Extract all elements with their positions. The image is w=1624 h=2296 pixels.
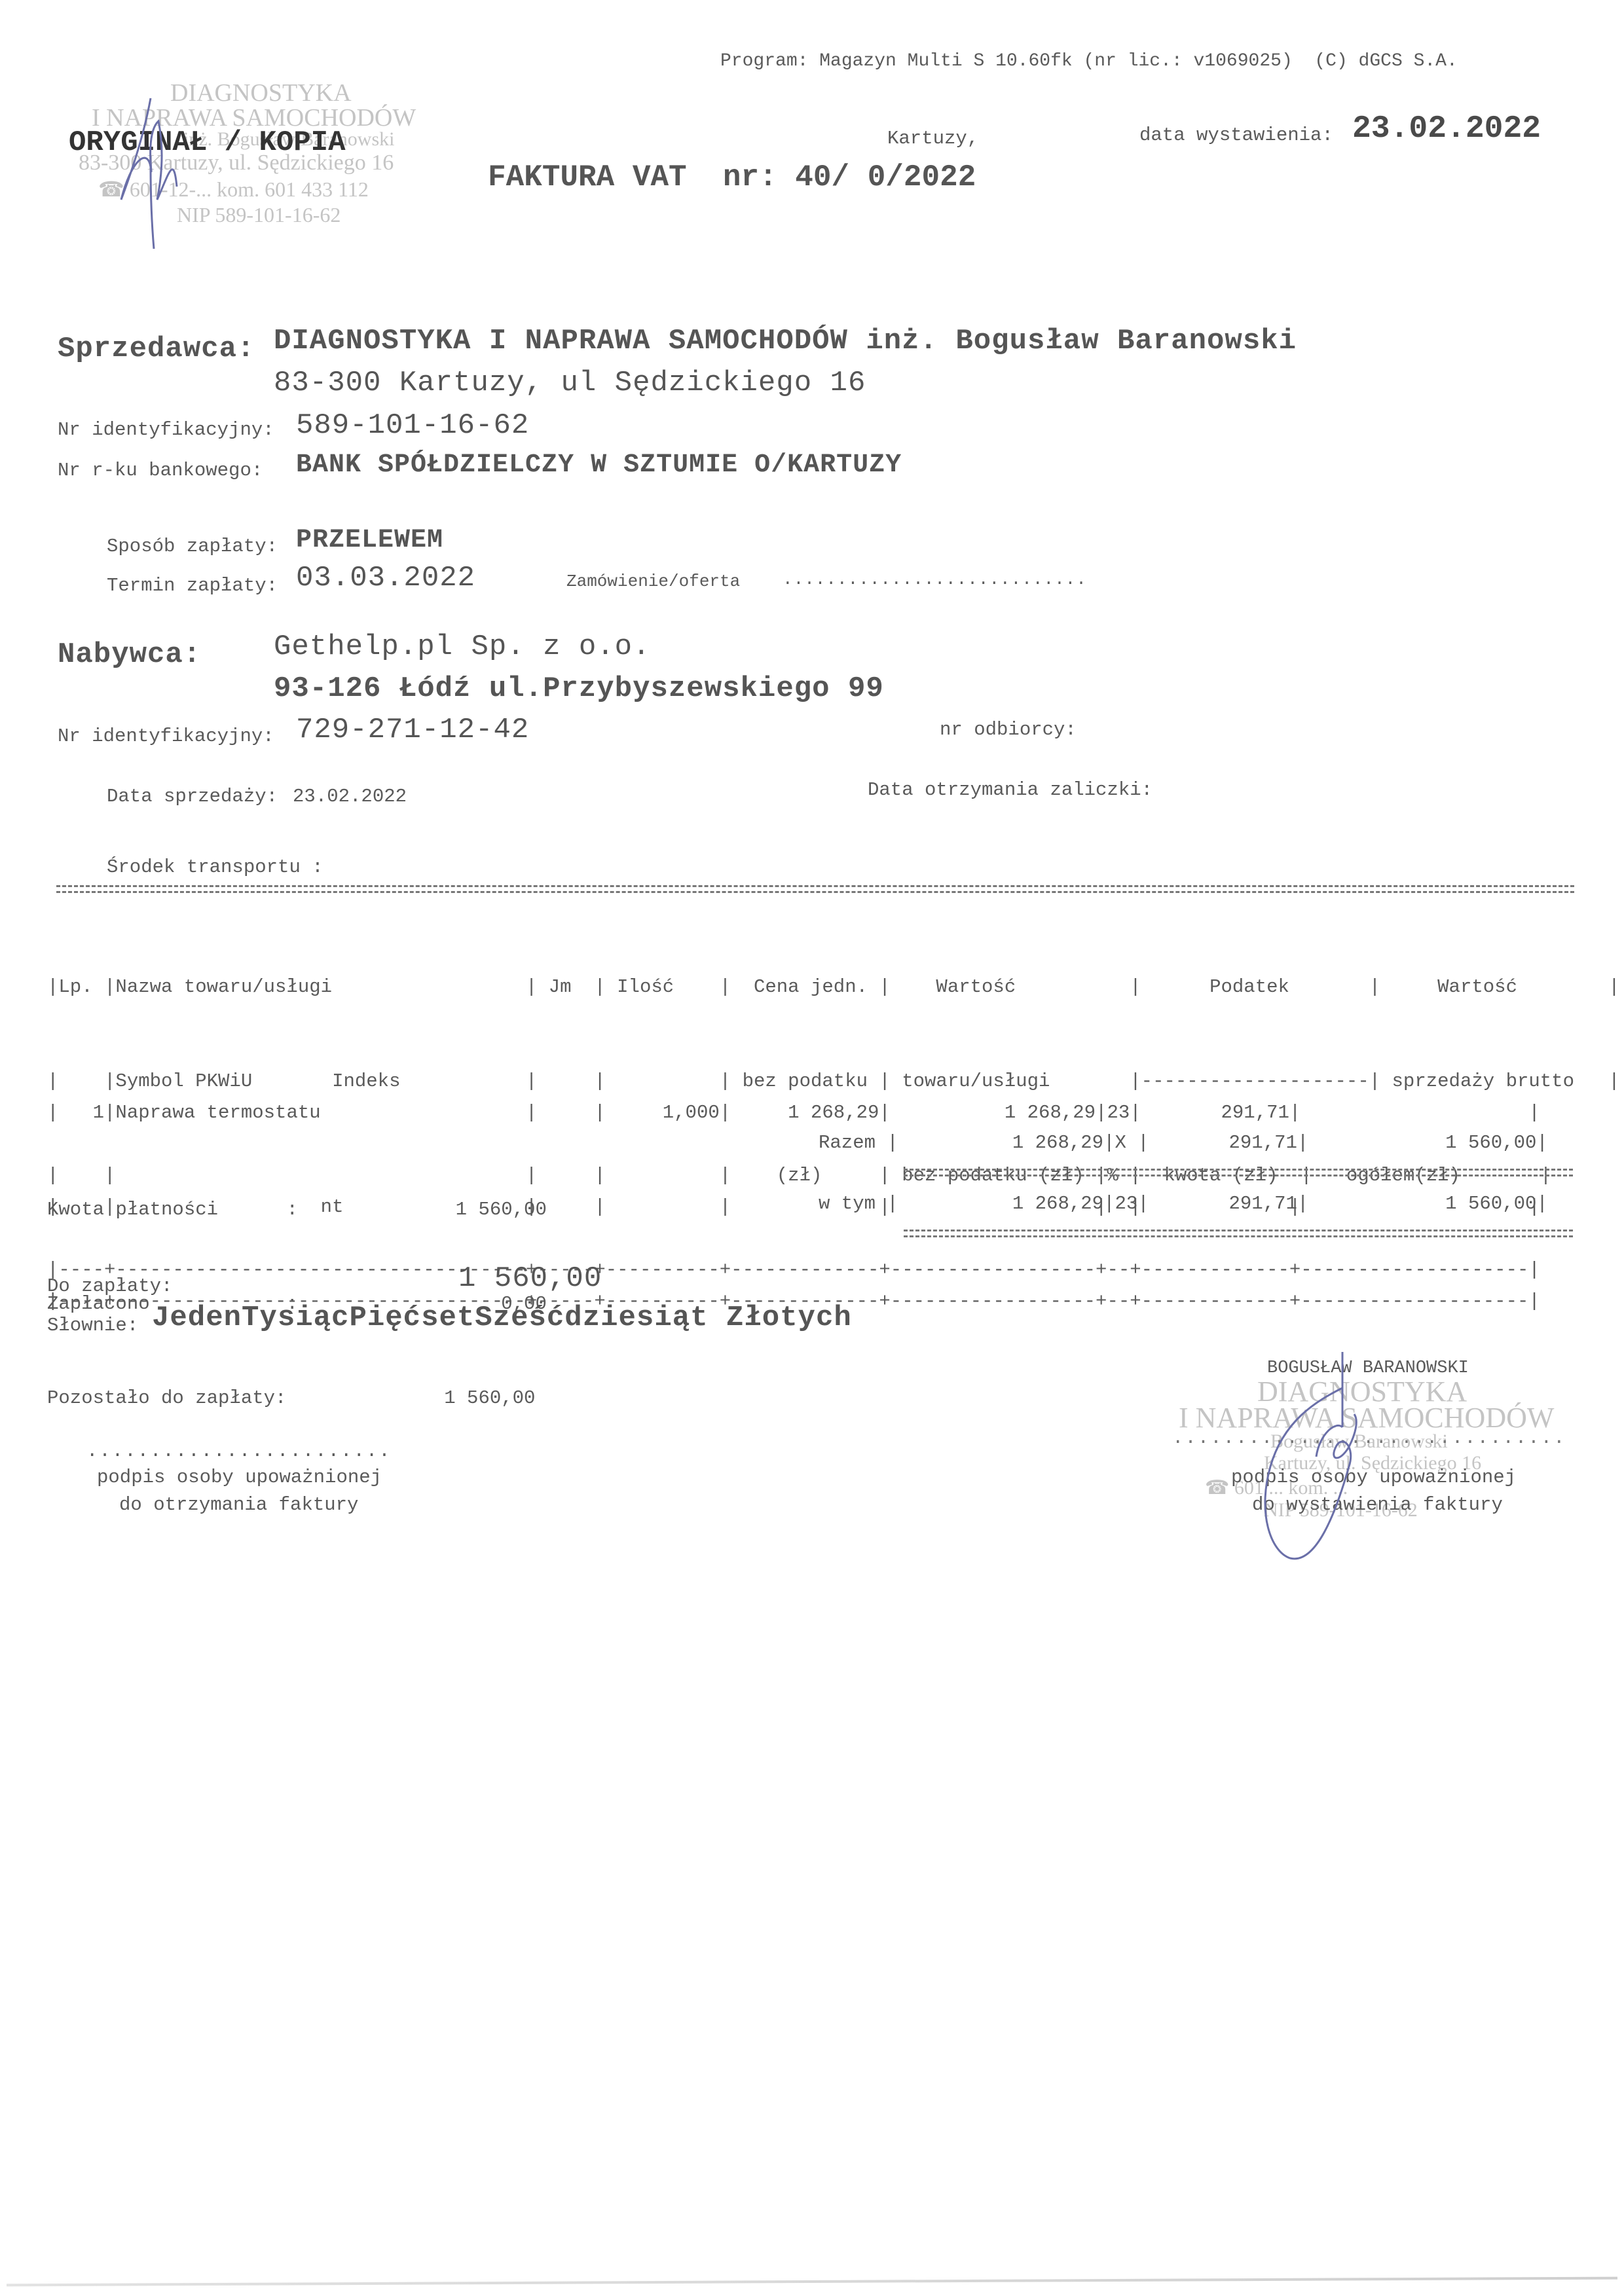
to-pay-label: Do zapłaty: [47,1275,172,1297]
remaining-value: 1 560,00 [286,1383,535,1414]
signature-bottom [1244,1349,1388,1565]
receiver-signature-caption-2: do otrzymania faktury [119,1494,358,1516]
buyer-nip: 729-271-12-42 [296,714,529,746]
sale-date: 23.02.2022 [293,786,407,807]
buyer-id-label: Nr identyfikacyjny: [58,725,274,747]
payment-method-label: Sposób zapłaty: [107,536,278,557]
invoice-title: FAKTURA VAT nr: 40/ 0/2022 [488,160,976,194]
order-label: Zamówienie/oferta [566,572,740,591]
issue-place: Kartuzy, [887,128,978,149]
receiver-signature-caption: podpis osoby upoważnionej [97,1467,382,1488]
table-top-rule [56,885,1574,893]
signature-top [111,95,190,252]
buyer-name: Gethelp.pl Sp. z o.o. [274,630,651,663]
amount-label: Kwota płatności : [47,1199,298,1220]
scan-edge-line [7,2277,1617,2287]
buyer-address: 93-126 Łódź ul.Przybyszewskiego 99 [274,672,884,705]
buyer-label: Nabywca: [58,638,201,671]
table-row: | 1|Naprawa termostatu | | 1,000| 1 268,… [47,1097,1540,1129]
sale-date-label: Data sprzedaży: [107,786,278,807]
recipient-number-label: nr odbiorcy: [940,719,1077,740]
payment-method: PRZELEWEM [296,526,443,555]
totals-razem: Razem | 1 268,29|X | 291,71| 1 560,00| [819,1127,1548,1159]
in-words-label: Słownie: [47,1315,138,1336]
order-value: ............................ [783,570,1087,589]
issue-date-label: data wystawienia: [1139,124,1333,146]
original-copy-label: ORYGINAŁ / KOPIA [69,126,345,159]
issue-date: 23.02.2022 [1352,111,1541,147]
to-pay-amount: 1 560,00 [458,1262,602,1295]
remaining-label: Pozostało do zapłaty: [47,1387,286,1409]
receiver-signature-dots: ........................ [86,1440,392,1462]
seller-bank: BANK SPÓŁDZIELCZY W SZTUMIE O/KARTUZY [296,450,902,480]
in-words-value: JedenTysiącPięćsetSześćdziesiąt Złotych [152,1302,852,1334]
totals-mid-rule [904,1169,1573,1176]
amount-value: 1 560,00 [298,1194,547,1226]
payment-due-label: Termin zapłaty: [107,575,278,596]
totals-bottom-rule [904,1230,1573,1237]
seller-bank-label: Nr r-ku bankowego: [58,460,263,481]
seller-label: Sprzedawca: [58,333,255,365]
stamp-line: NIP 589-101-16-62 [177,203,341,227]
program-info: Program: Magazyn Multi S 10.60fk (nr lic… [720,51,1458,71]
advance-date-label: Data otrzymania zaliczki: [868,779,1153,801]
totals-w-tym: w tym | 1 268,29|23| 291,71| 1 560,00| [819,1188,1548,1220]
table-header-line: |Lp. |Nazwa towaru/usługi | Jm | Ilość |… [47,972,1620,1003]
transport-label: Środek transportu : [107,856,323,878]
seller-name: DIAGNOSTYKA I NAPRAWA SAMOCHODÓW inż. Bo… [274,325,1297,357]
seller-address: 83-300 Kartuzy, ul Sędzickiego 16 [274,367,866,399]
payment-due-date: 03.03.2022 [296,562,475,594]
seller-nip: 589-101-16-62 [296,409,529,442]
seller-id-label: Nr identyfikacyjny: [58,419,274,441]
